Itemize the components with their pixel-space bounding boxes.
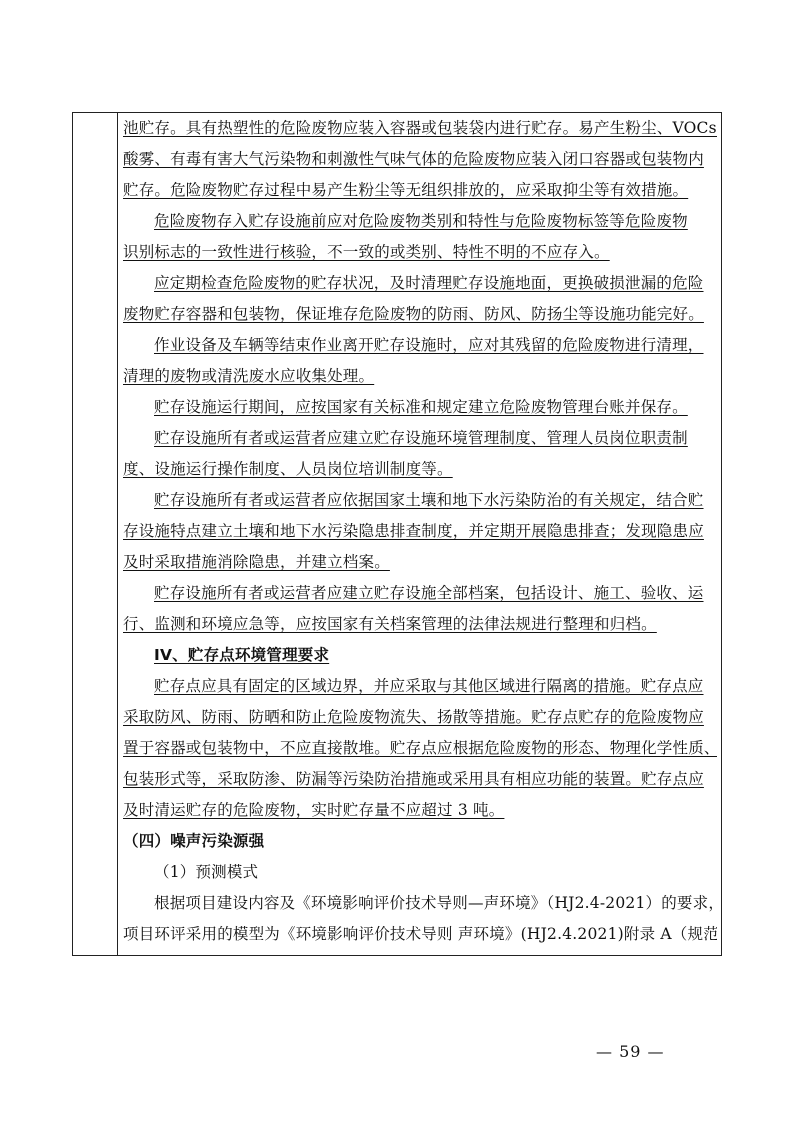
text-line: 贮存设施运行期间，应按国家有关标准和规定建立危险废物管理台账并保存。 <box>123 392 717 423</box>
text-line: 项目环评采用的模型为《环境影响评价技术导则 声环境》(HJ2.4.2021)附录… <box>123 919 717 950</box>
content-table: 池贮存。具有热塑性的危险废物应装入容器或包装袋内进行贮存。易产生粉尘、VOCs、… <box>72 112 722 956</box>
text-line: 作业设备及车辆等结束作业离开贮存设施时，应对其残留的危险废物进行清理， <box>123 330 717 361</box>
text-line: 贮存设施所有者或运营者应建立贮存设施环境管理制度、管理人员岗位职责制 <box>123 423 717 454</box>
section-heading-noise: （四）噪声污染源强 <box>123 826 717 857</box>
section-heading-iv: IV、贮存点环境管理要求 <box>123 640 717 671</box>
page-number: — 59 — <box>596 1042 665 1061</box>
text-line: 池贮存。具有热塑性的危险废物应装入容器或包装袋内进行贮存。易产生粉尘、VOCs、 <box>123 113 717 144</box>
text-line: 识别标志的一致性进行核验，不一致的或类别、特性不明的不应存入。 <box>123 237 717 268</box>
text-line: 及时采取措施消除隐患，并建立档案。 <box>123 547 717 578</box>
text-line: 存设施特点建立土壤和地下水污染隐患排查制度，并定期开展隐患排查；发现隐患应 <box>123 516 717 547</box>
text-line: 置于容器或包装物中，不应直接散堆。贮存点应根据危险废物的形态、物理化学性质、 <box>123 733 717 764</box>
text-line: 贮存设施所有者或运营者应依据国家土壤和地下水污染防治的有关规定，结合贮 <box>123 485 717 516</box>
column-divider <box>117 113 118 955</box>
text-line: 应定期检查危险废物的贮存状况，及时清理贮存设施地面，更换破损泄漏的危险 <box>123 268 717 299</box>
table-content-cell: 池贮存。具有热塑性的危险废物应装入容器或包装袋内进行贮存。易产生粉尘、VOCs、… <box>123 113 717 950</box>
text-line: 包装形式等，采取防渗、防漏等污染防治措施或采用具有相应功能的装置。贮存点应 <box>123 764 717 795</box>
text-line: 酸雾、有毒有害大气污染物和刺激性气味气体的危险废物应装入闭口容器或包装物内 <box>123 144 717 175</box>
text-line: 根据项目建设内容及《环境影响评价技术导则—声环境》（HJ2.4-2021）的要求… <box>123 888 717 919</box>
text-line: 及时清运贮存的危险废物，实时贮存量不应超过 3 吨。 <box>123 795 717 826</box>
text-line: 贮存点应具有固定的区域边界，并应采取与其他区域进行隔离的措施。贮存点应 <box>123 671 717 702</box>
text-line: 度、设施运行操作制度、人员岗位培训制度等。 <box>123 454 717 485</box>
text-line: 贮存设施所有者或运营者应建立贮存设施全部档案，包括设计、施工、验收、运 <box>123 578 717 609</box>
text-line: 行、监测和环境应急等，应按国家有关档案管理的法律法规进行整理和归档。 <box>123 609 717 640</box>
text-line: 清理的废物或清洗废水应收集处理。 <box>123 361 717 392</box>
text-line: 贮存。危险废物贮存过程中易产生粉尘等无组织排放的，应采取抑尘等有效措施。 <box>123 175 717 206</box>
text-line: 采取防风、防雨、防晒和防止危险废物流失、扬散等措施。贮存点贮存的危险废物应 <box>123 702 717 733</box>
text-line: 危险废物存入贮存设施前应对危险废物类别和特性与危险废物标签等危险废物 <box>123 206 717 237</box>
text-line: 废物贮存容器和包装物，保证堆存危险废物的防雨、防风、防扬尘等设施功能完好。 <box>123 299 717 330</box>
subsection-heading: （1）预测模式 <box>123 857 717 888</box>
